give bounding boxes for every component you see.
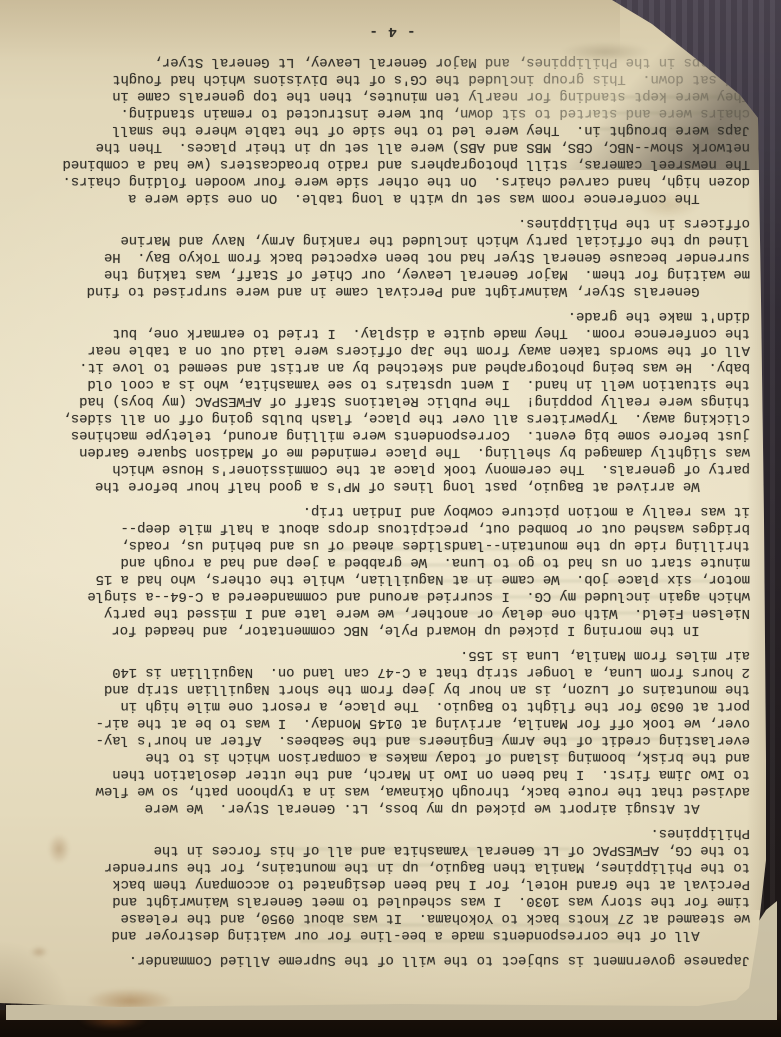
text-line: 2 hours from Luna, a longer strip that a… [34, 663, 750, 680]
paragraph: The conference room was set up with a lo… [34, 53, 750, 206]
text-line: time for the story was 1030. I was sched… [34, 892, 750, 909]
paragraph: Generals Styer, Wainwright and Percival … [34, 214, 750, 299]
text-line: port at 0630 for the flight to Baguio. T… [34, 697, 750, 714]
document-scan: Japanese government is subject to the wi… [0, 0, 781, 1037]
text-line: and the brisk, booming island of today m… [34, 748, 750, 765]
text-line: dozen high, hand carved chairs. On the o… [34, 172, 750, 189]
text-line: and sat down. This group included the CG… [34, 70, 750, 87]
text-line: chairs were and started to sit down, but… [34, 104, 750, 121]
text-line: Generals Styer, Wainwright and Percival … [34, 282, 750, 299]
text-line: the Japs in the Philippines, and Major G… [34, 53, 750, 70]
text-line: which again included my CG. I scurried a… [34, 587, 750, 604]
paragraph: In the morning I picked up Howard Pyle, … [34, 502, 750, 638]
page-number: - 4 - [34, 22, 750, 39]
text-line: everlasting credit of the Army Engineers… [34, 731, 750, 748]
text-line: The newsreel cameras, still photographer… [34, 155, 750, 172]
text-line: minute start on us had to go to Luna. We… [34, 553, 750, 570]
text-line: They were kept standing for nearly ten m… [34, 87, 750, 104]
text-line: bridges washed out or bombed out, precip… [34, 519, 750, 536]
text-line: network show--NBC, CBS, MBS and ABS) wer… [34, 138, 750, 155]
paper-sheet: Japanese government is subject to the wi… [0, 0, 781, 1037]
text-line: officers in the Philippines. [34, 214, 750, 231]
text-line: Japanese government is subject to the wi… [34, 951, 750, 968]
text-line: just before some big event. Corresponden… [34, 426, 750, 443]
text-line: me waiting for them. Major General Leave… [34, 265, 750, 282]
text-line: didn't make the grade. [34, 307, 750, 324]
text-line: to Iwo Jima first. I had been on Iwo in … [34, 765, 750, 782]
text-line: At Atsugi airport we picked up my boss, … [34, 799, 750, 816]
paragraph: Japanese government is subject to the wi… [34, 951, 750, 968]
paragraphs-container: Japanese government is subject to the wi… [34, 53, 750, 968]
text-line: baby. He was being photographed and sket… [34, 358, 750, 375]
text-line: to the Philippines, Manila then Baguio, … [34, 858, 750, 875]
text-line: to the CG, AFWESPAC of Lt General Yamash… [34, 841, 750, 858]
text-line: Japs were brought in. They were led to t… [34, 121, 750, 138]
text-line: Percival at the Grand Hotel, for I had b… [34, 875, 750, 892]
text-line: clicking away. Typewriters all over the … [34, 409, 750, 426]
text-line: In the morning I picked up Howard Pyle, … [34, 621, 750, 638]
text-line: we steamed at 27 knots back to Yokohama.… [34, 909, 750, 926]
paragraph: All of the correspondents made a bee-lin… [34, 824, 750, 943]
text-line: surrender because General Styer had not … [34, 248, 750, 265]
text-line: the situation well in hand. I went upsta… [34, 375, 750, 392]
text-line: We arrived at Baguio, past long lines of… [34, 477, 750, 494]
text-line: advised that the route back, through Oki… [34, 782, 750, 799]
text-line: thrilling ride up the mountain--landslid… [34, 536, 750, 553]
text-block: Japanese government is subject to the wi… [34, 22, 750, 968]
text-line: it was really a motion picture cowboy an… [34, 502, 750, 519]
text-line: All of the correspondents made a bee-lin… [34, 926, 750, 943]
text-line: air miles from Manila, Luna is 155. [34, 646, 750, 663]
paragraph: We arrived at Baguio, past long lines of… [34, 307, 750, 494]
text-line: All of the swords taken away from the Ja… [34, 341, 750, 358]
text-line: Nielsen Field. With one delay or another… [34, 604, 750, 621]
text-line: the conference room. They made quite a d… [34, 324, 750, 341]
text-line: The conference room was set up with a lo… [34, 189, 750, 206]
text-line: over, we took off for Manila, arriving a… [34, 714, 750, 731]
paragraph: At Atsugi airport we picked up my boss, … [34, 646, 750, 816]
text-line: motor, six place job. We came in at Nagu… [34, 570, 750, 587]
text-line: the mountains of Luzon, is an hour by je… [34, 680, 750, 697]
text-line: was slightly damaged by shelling. The pl… [34, 443, 750, 460]
text-line: party of generals. The ceremony took pla… [34, 460, 750, 477]
text-line: things were really popping! The Public R… [34, 392, 750, 409]
text-line: lined up the official party which includ… [34, 231, 750, 248]
text-line: Philippines. [34, 824, 750, 841]
